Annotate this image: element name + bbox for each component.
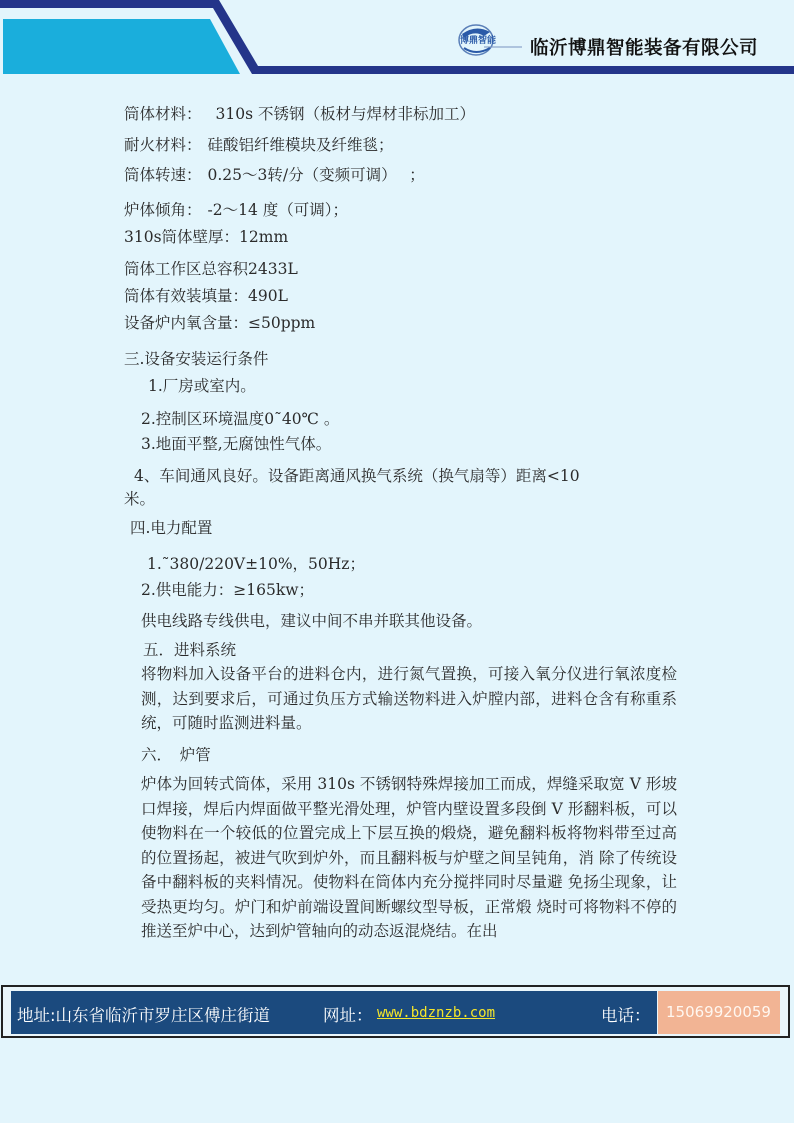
section-title: 四.电力配置 bbox=[130, 516, 212, 538]
list-item: 4、车间通风良好。设备距离通风换气系统（换气扇等）距离<10 bbox=[134, 464, 580, 486]
spec-line: 310s筒体壁厚：12mm bbox=[124, 225, 288, 247]
spec-label: 筒体材料： bbox=[124, 105, 202, 123]
company-logo: 博鼎智能 bbox=[454, 22, 524, 58]
spec-line: 设备炉内氧含量：≤50ppm bbox=[124, 311, 315, 333]
spec-value: 310s 不锈钢（板材与焊材非标加工） bbox=[216, 105, 475, 123]
list-item: 米。 bbox=[124, 487, 155, 509]
spec-line: 筒体转速：0.25～3转/分（变频可调） ； bbox=[124, 163, 425, 185]
spec-line: 筒体有效装填量：490L bbox=[124, 284, 288, 306]
spec-line: 筒体工作区总容积2433L bbox=[124, 257, 298, 279]
section-paragraph: 炉体为回转式筒体，采用 310s 不锈钢特殊焊接加工而成，焊缝采取宽 V 形坡口… bbox=[141, 772, 677, 944]
footer-website-link[interactable]: www.bdznzb.com bbox=[377, 1005, 495, 1021]
section-paragraph: 将物料加入设备平台的进料仓内，进行氮气置换，可接入氧分仪进行氧浓度检测，达到要求… bbox=[141, 662, 677, 736]
spec-label: 耐火材料： bbox=[124, 136, 202, 154]
list-item: 1.˜380/220V±10%，50Hz； bbox=[147, 552, 365, 574]
footer-contact-bar: 地址:山东省临沂市罗庄区傅庄街道 网址： www.bdznzb.com 电话： bbox=[11, 991, 657, 1034]
list-item: 供电线路专线供电，建议中间不串并联其他设备。 bbox=[141, 609, 482, 631]
list-item: 3.地面平整,无腐蚀性气体。 bbox=[141, 432, 331, 454]
list-item: 2.控制区环境温度0˜40℃ 。 bbox=[141, 407, 339, 429]
footer-address: 地址:山东省临沂市罗庄区傅庄街道 bbox=[17, 1002, 270, 1026]
spec-value: 0.25～3转/分（变频可调） ； bbox=[208, 166, 425, 184]
page-footer: 地址:山东省临沂市罗庄区傅庄街道 网址： www.bdznzb.com 电话： … bbox=[1, 985, 790, 1038]
spec-line: 筒体材料：310s 不锈钢（板材与焊材非标加工） bbox=[124, 102, 475, 124]
spec-line: 炉体倾角：-2～14 度（可调）； bbox=[124, 198, 348, 220]
spec-label: 炉体倾角： bbox=[124, 201, 202, 219]
section-title: 三.设备安装运行条件 bbox=[124, 347, 268, 369]
section-title: 六． 炉管 bbox=[141, 743, 211, 765]
page-header: 博鼎智能 临沂博鼎智能装备有限公司 bbox=[0, 0, 794, 80]
footer-phone-label: 电话： bbox=[601, 1002, 651, 1026]
footer-phone-box: 15069920059 bbox=[658, 991, 780, 1034]
footer-phone-number: 15069920059 bbox=[666, 1003, 771, 1021]
spec-label: 筒体转速： bbox=[124, 166, 202, 184]
spec-line: 耐火材料：硅酸铝纤维模块及纤维毯； bbox=[124, 133, 394, 155]
list-item: 2.供电能力：≥165kw； bbox=[141, 578, 314, 600]
section-title: 五．进料系统 bbox=[143, 638, 236, 660]
company-name: 临沂博鼎智能装备有限公司 bbox=[530, 34, 758, 60]
svg-text:博鼎智能: 博鼎智能 bbox=[460, 34, 496, 46]
list-item: 1.厂房或室内。 bbox=[148, 374, 256, 396]
spec-value: -2～14 度（可调）； bbox=[208, 201, 349, 219]
spec-value: 硅酸铝纤维模块及纤维毯； bbox=[208, 136, 394, 154]
footer-website-label: 网址： bbox=[323, 1002, 373, 1026]
